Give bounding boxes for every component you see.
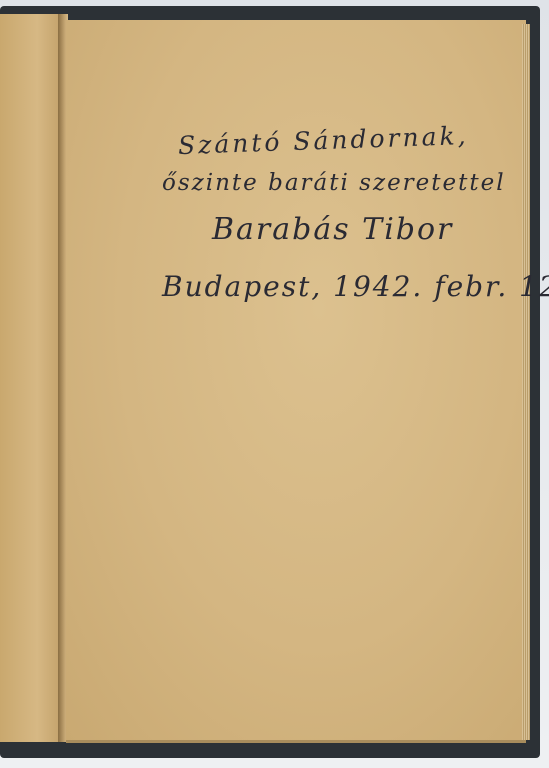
place-and-date: Budapest, 1942. febr. 12.: [162, 270, 549, 303]
dedication-message: őszinte baráti szeretettel: [162, 170, 506, 196]
page-edges: [522, 24, 530, 740]
author-signature: Barabás Tibor: [212, 212, 453, 247]
left-page: [0, 14, 64, 742]
